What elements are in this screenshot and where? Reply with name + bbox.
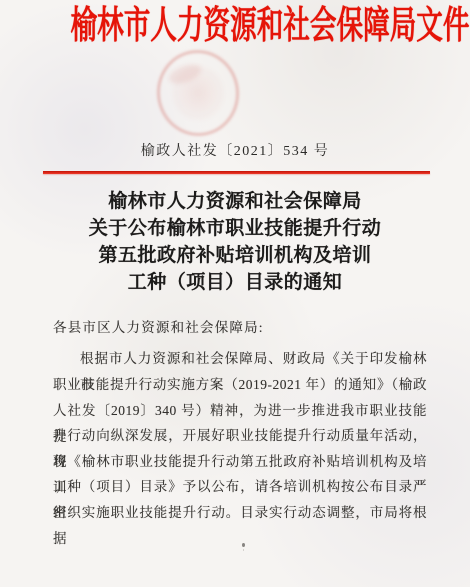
red-divider-rule <box>43 171 430 174</box>
body-line-2: 职业技能提升行动实施方案（2019-2021 年）的通知》（榆政 <box>53 372 427 398</box>
document-title-line-1: 榆林市人力资源和社会保障局 <box>0 188 470 215</box>
body-line-1: 根据市人力资源和社会保障局、财政局《关于印发榆林市 <box>53 346 427 372</box>
scan-artifact-dot <box>242 543 245 547</box>
document-page: 榆林市人力资源和社会保障局文件 榆政人社发〔2021〕534 号 榆林市人力资源… <box>0 0 470 587</box>
official-seal-icon <box>151 45 244 142</box>
document-title-line-2: 关于公布榆林市职业技能提升行动 <box>0 215 470 242</box>
doc-reference-number: 榆政人社发〔2021〕534 号 <box>0 142 470 162</box>
document-title-line-3: 第五批政府补贴培训机构及培训 <box>0 242 470 269</box>
body-line-3: 人社发〔2019〕340 号）精神，为进一步推进我市职业技能提 <box>53 398 427 424</box>
document-title: 榆林市人力资源和社会保障局 关于公布榆林市职业技能提升行动 第五批政府补贴培训机… <box>0 188 470 296</box>
body-line-6: 工种（项目）目录》予以公布，请各培训机构按公布目录严密 <box>53 474 427 500</box>
addressee-line: 各县市区人力资源和社会保障局: <box>53 315 427 341</box>
body-line-5: 将《榆林市职业技能提升行动第五批政府补贴培训机构及培训 <box>53 449 427 475</box>
document-banner-title: 榆林市人力资源和社会保障局文件 <box>71 4 400 48</box>
body-line-7: 组织实施职业技能提升行动。目录实行动态调整，市局将根据 <box>53 500 427 526</box>
body-line-4: 升行动向纵深发展，开展好职业技能提升行动质量年活动，现 <box>53 423 427 449</box>
document-title-line-4: 工种（项目）目录的通知 <box>0 269 470 296</box>
